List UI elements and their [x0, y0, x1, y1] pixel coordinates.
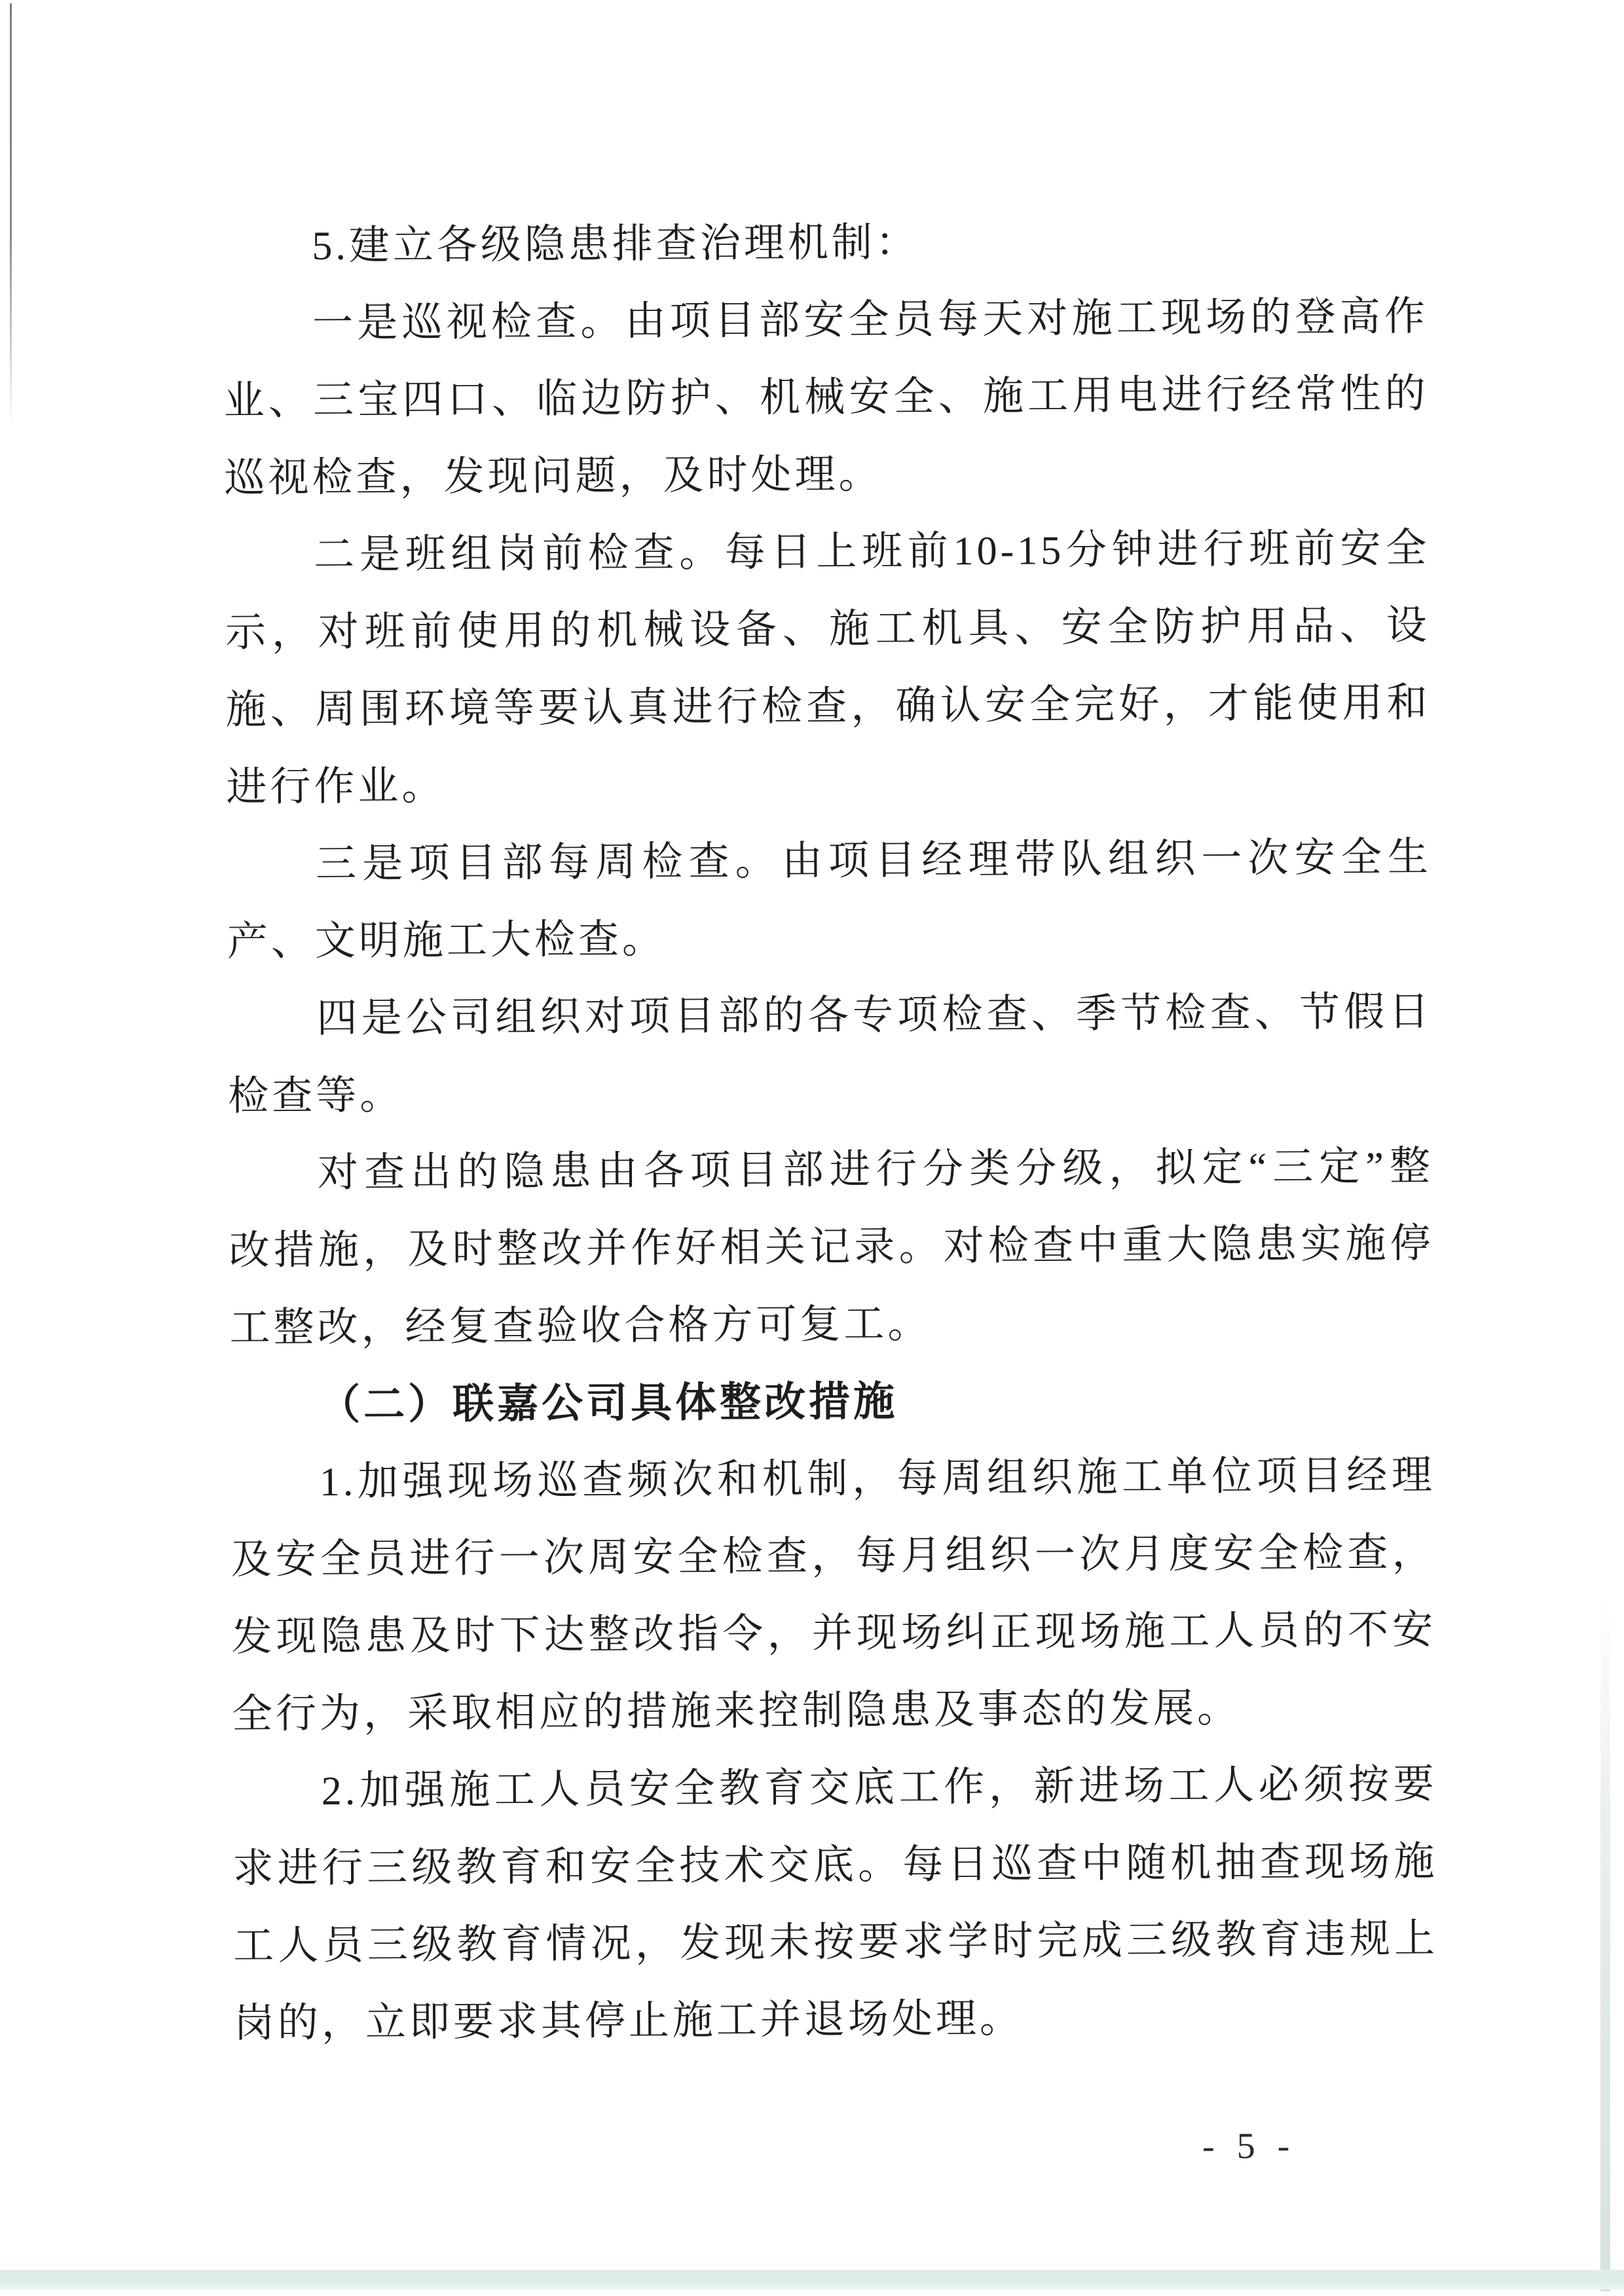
text-line: 二是班组岗前检查。每日上班前10-15分钟进行班前安全提 — [225, 510, 1430, 594]
text-line: 改措施，及时整改并作好相关记录。对检查中重大隐患实施停 — [229, 1205, 1434, 1290]
text-line: 工整改，经复查验收合格方可复工。 — [229, 1283, 1435, 1367]
text-line: 进行作业。 — [226, 742, 1431, 826]
scan-artifact-bottom-band — [0, 2270, 1624, 2289]
document-body: 5.建立各级隐患排查治理机制：一是巡视检查。由项目部安全员每天对施工现场的登高作… — [223, 201, 1439, 2062]
text-line: 示，对班前使用的机械设备、施工机具、安全防护用品、设 — [225, 587, 1431, 672]
text-line: 及安全员进行一次周安全检查，每月组织一次月度安全检查， — [231, 1514, 1436, 1599]
scanned-document-page: 5.建立各级隐患排查治理机制：一是巡视检查。由项目部安全员每天对施工现场的登高作… — [0, 0, 1624, 2296]
text-line: 对查出的隐患由各项目部进行分类分级，拟定“三定”整 — [229, 1128, 1434, 1212]
text-line: 四是公司组织对项目部的各专项检查、季节检查、节假日 — [227, 974, 1433, 1058]
text-line: 2.加强施工人员安全教育交底工作，新进场工人必须按要 — [232, 1746, 1437, 1831]
section-heading-line: （二）联嘉公司具体整改措施 — [230, 1360, 1435, 1444]
text-line: 施、周围环境等要认真进行检查，确认安全完好，才能使用和 — [225, 665, 1431, 749]
text-line: 岗的，立即要求其停止施工并退场处理。 — [234, 1978, 1439, 2062]
text-line: 全行为，采取相应的措施来控制隐患及事态的发展。 — [232, 1669, 1437, 1753]
text-line: 三是项目部每周检查。由项目经理带队组织一次安全生 — [227, 819, 1432, 903]
text-line: 产、文明施工大检查。 — [227, 896, 1432, 981]
text-line: 检查等。 — [228, 1051, 1433, 1135]
text-line: 求进行三级教育和安全技术交底。每日巡查中随机抽查现场施 — [232, 1823, 1438, 1908]
page-number: - 5 - — [1202, 2123, 1346, 2169]
text-line: 5.建立各级隐患排查治理机制： — [223, 201, 1428, 285]
text-line: 业、三宝四口、临边防护、机械安全、施工用电进行经常性的 — [223, 355, 1429, 440]
text-line: 1.加强现场巡查频次和机制，每周组织施工单位项目经理 — [231, 1437, 1436, 1522]
text-line: 巡视检查，发现问题，及时处理。 — [224, 433, 1430, 517]
scan-artifact-left-line — [10, 3, 12, 426]
text-line: 发现隐患及时下达整改指令，并现场纠正现场施工人员的不安 — [231, 1592, 1437, 1676]
text-line: 一是巡视检查。由项目部安全员每天对施工现场的登高作 — [223, 278, 1429, 363]
scan-artifact-right-strip — [1600, 1597, 1610, 2291]
text-line: 工人员三级教育情况，发现未按要求学时完成三级教育违规上 — [233, 1901, 1439, 1985]
